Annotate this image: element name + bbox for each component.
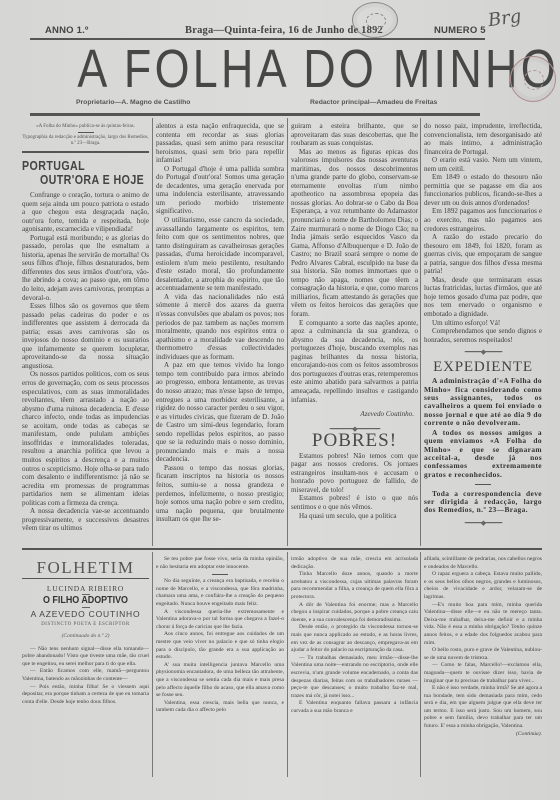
paragraph: A todos os nossos amigos a quem enviamos… <box>424 429 542 479</box>
section-rule <box>22 151 149 153</box>
paragraph: — Tu trabalhas demasiado, meu irmão—diss… <box>291 655 418 701</box>
folhetim-column-2: Se teu pobre pae fosse vivo, seria da mi… <box>156 556 284 776</box>
column-divider <box>420 118 421 546</box>
column-divider <box>152 118 153 546</box>
paragraph: — Então ficamos com elle, mamã—perguntou… <box>22 668 149 683</box>
paragraph: O Portugal d'hoje é uma pallida sombra d… <box>156 165 284 216</box>
paragraph: Estamos pobres! é isto o que nós sentimo… <box>291 494 418 511</box>
headline-line-1: PORTUGAL <box>22 158 85 173</box>
folhetim-rule <box>22 548 542 550</box>
paragraph: irmão adoptivo de sua mãe, crescia em ac… <box>291 556 418 571</box>
paragraph: — Pois então, minha filha! Se o viessem … <box>22 684 149 707</box>
paragraph: O erario está vasio. Nem um vintem, nem … <box>424 156 542 173</box>
column-divider <box>420 552 421 777</box>
issue-number: NUMERO 5 <box>434 25 486 36</box>
paragraph: E não é isso verdade, minha irmã? Se até… <box>424 685 542 731</box>
paragraph: Tinha Marcello doze annos, quando a mort… <box>291 571 418 601</box>
article-signature: Azevedo Coutinho. <box>295 410 414 419</box>
paragraph: Estamos pobres! Não temos com que pagar … <box>291 452 418 495</box>
paragraph: Em 1892 pagamos aos funccionarios e ao e… <box>424 207 542 233</box>
masthead-title: A FOLHA DO MINHO <box>77 42 442 96</box>
paragraph: Desde então, o protegido da viscondessa … <box>291 624 418 654</box>
paragraph: O utilitarismo, esse cancro da sociedade… <box>156 216 284 293</box>
paragraph: guiram a esteira brilhante, que se aprov… <box>291 122 418 148</box>
library-stamp-icon <box>352 2 398 38</box>
publication-notice: «A Folha do Minho» publica-se ás quintas… <box>22 124 149 130</box>
paragraph: Os nossos partidos politicos, com os seu… <box>22 370 149 507</box>
pobres-title: POBRES! <box>291 437 418 446</box>
paragraph: Confrange o coração, tortura o animo de … <box>22 191 149 234</box>
column-1: «A Folha do Minho» publica-se ás quintas… <box>22 122 149 550</box>
column-3: guiram a esteira brilhante, que se aprov… <box>291 122 418 546</box>
paragraph: Ha quasi um seculo, que a politica <box>291 512 418 521</box>
divider <box>212 574 228 575</box>
column-divider <box>287 552 288 777</box>
column-divider <box>152 552 153 777</box>
correspondence-notice: Toda a correspondencia deve ser dirigida… <box>424 490 542 515</box>
folhetim-column-4: afilada, scintillante de pedrarias, nos … <box>424 556 542 776</box>
headline-line-2: OUTR'ORA E HOJE <box>22 173 144 187</box>
paragraph: E Valentina enquanto fallava passara a i… <box>291 700 418 715</box>
library-stamp-red-icon <box>510 56 556 102</box>
paragraph: do nosso paiz, imprudente, irreflectida,… <box>424 122 542 156</box>
paragraph: A paz em que temos vivido ha longo tempo… <box>156 361 284 464</box>
paragraph: A' sua muita intelligencia juntava Marce… <box>156 662 284 700</box>
folhetim-dedication: A AZEVEDO COUTINHO <box>22 611 149 619</box>
dateline-bar: ANNO 1.º Braga—Quinta-feira, 16 de Junho… <box>30 22 490 36</box>
column-2: alentos a esta nação enfraquecida, que s… <box>156 122 284 546</box>
section-rule <box>22 578 149 579</box>
ornament-divider: ━━━━━◆━━━━━ <box>424 519 542 528</box>
column-divider <box>287 118 288 546</box>
paragraph: A viscondessa queria-lhe extremosamente … <box>156 609 284 632</box>
paragraph: Portugal está moribundo; e as glorias do… <box>22 234 149 302</box>
paragraph: O bello rosto, puro e grave de Valentina… <box>424 647 542 662</box>
newspaper-page: ANNO 1.º Braga—Quinta-feira, 16 de Junho… <box>0 0 560 800</box>
paragraph: O rapaz erguera a cabeça. Estava muito p… <box>424 571 542 601</box>
paragraph: afilada, scintillante de pedrarias, nos … <box>424 556 542 571</box>
folhetim-dedication-sub: DISTINCTO POETA E ESCRIPTOR <box>22 621 149 629</box>
paragraph: A nossa decadencia vae-se accentuando pr… <box>22 507 149 533</box>
continues-note: (Continúa). <box>424 731 542 739</box>
paragraph: — Não tens nenhum signal—disse ella toma… <box>22 646 149 669</box>
paragraph: Se teu pobre pae fosse vivo, seria da mi… <box>156 556 284 571</box>
paragraph: Passou o tempo das nossas glorias, ficar… <box>156 464 284 524</box>
paragraph: —E's muito boa para mim, minha querida V… <box>424 602 542 648</box>
paragraph: Mas ao menos as figuras epicas dos valor… <box>291 148 418 319</box>
paragraph: Comprehendamos que sendo dignos e honrad… <box>424 327 542 344</box>
folhetim-title: FOLHETIM <box>22 564 149 572</box>
paragraph: Esses filhos são os governos que têem pa… <box>22 302 149 370</box>
paragraph: Aos cinco annos, foi entregue aos cuidad… <box>156 631 284 661</box>
masthead-bottom-rule <box>30 113 480 116</box>
paragraph: Valentina, essa crescia, mais bella que … <box>156 700 284 715</box>
paragraph: Em 1849 o estado do thesouro não permitt… <box>424 173 542 207</box>
paragraph: alentos a esta nação enfraquecida, que s… <box>156 122 284 165</box>
paragraph: A razão do estado precario do thesouro e… <box>424 233 542 276</box>
office-notice: Typographia da redacção e administração,… <box>22 135 149 147</box>
folhetim-work-title: O FILHO ADOPTIVO <box>32 597 140 605</box>
column-4: do nosso paiz, imprudente, irreflectida,… <box>424 122 542 546</box>
paragraph: Um ultimo esforço! Vá! <box>424 319 542 328</box>
folhetim-author: LUCINDA RIBEIRO <box>22 585 149 593</box>
paragraph: Mas, desde que terminaram essas luctas f… <box>424 276 542 319</box>
paragraph: A dôr de Valentina foi enorme; mas a Mar… <box>291 602 418 625</box>
expediente-body: A administração d'«A Folha do Minho» fic… <box>424 377 542 514</box>
article-headline: PORTUGAL OUTR'ORA E HOJE <box>22 159 126 187</box>
paragraph: A vida das nacionalidades não está sómen… <box>156 293 284 361</box>
divider <box>78 132 94 133</box>
proprietor-credit: Proprietario—A. Magno de Castilho <box>76 99 190 106</box>
divider <box>475 484 491 485</box>
paragraph: — Como te falas, Marcello!—exclamou ella… <box>424 662 542 685</box>
expediente-title: EXPEDIENTE <box>424 363 542 372</box>
folhetim-continued: (Continuado do n.º 2) <box>22 633 149 641</box>
folhetim-column-3: irmão adoptivo de sua mãe, crescia em ac… <box>291 556 418 776</box>
year-label: ANNO 1.º <box>45 25 89 36</box>
handwritten-mark: Brg <box>487 6 523 31</box>
editor-credit: Redactor principal—Amadeu de Freitas <box>310 99 437 106</box>
paragraph: A administração d'«A Folha do Minho» fic… <box>424 377 542 427</box>
divider <box>82 607 90 608</box>
paragraph: E comquanto a sorte das nações aponte, a… <box>291 319 418 404</box>
folhetim-column-1: FOLHETIM LUCINDA RIBEIRO O FILHO ADOPTIV… <box>22 556 149 776</box>
paragraph: No dia seguinte, a creança era baptisada… <box>156 578 284 608</box>
ornament-divider: ━━━━━◆━━━━━ <box>424 348 542 357</box>
